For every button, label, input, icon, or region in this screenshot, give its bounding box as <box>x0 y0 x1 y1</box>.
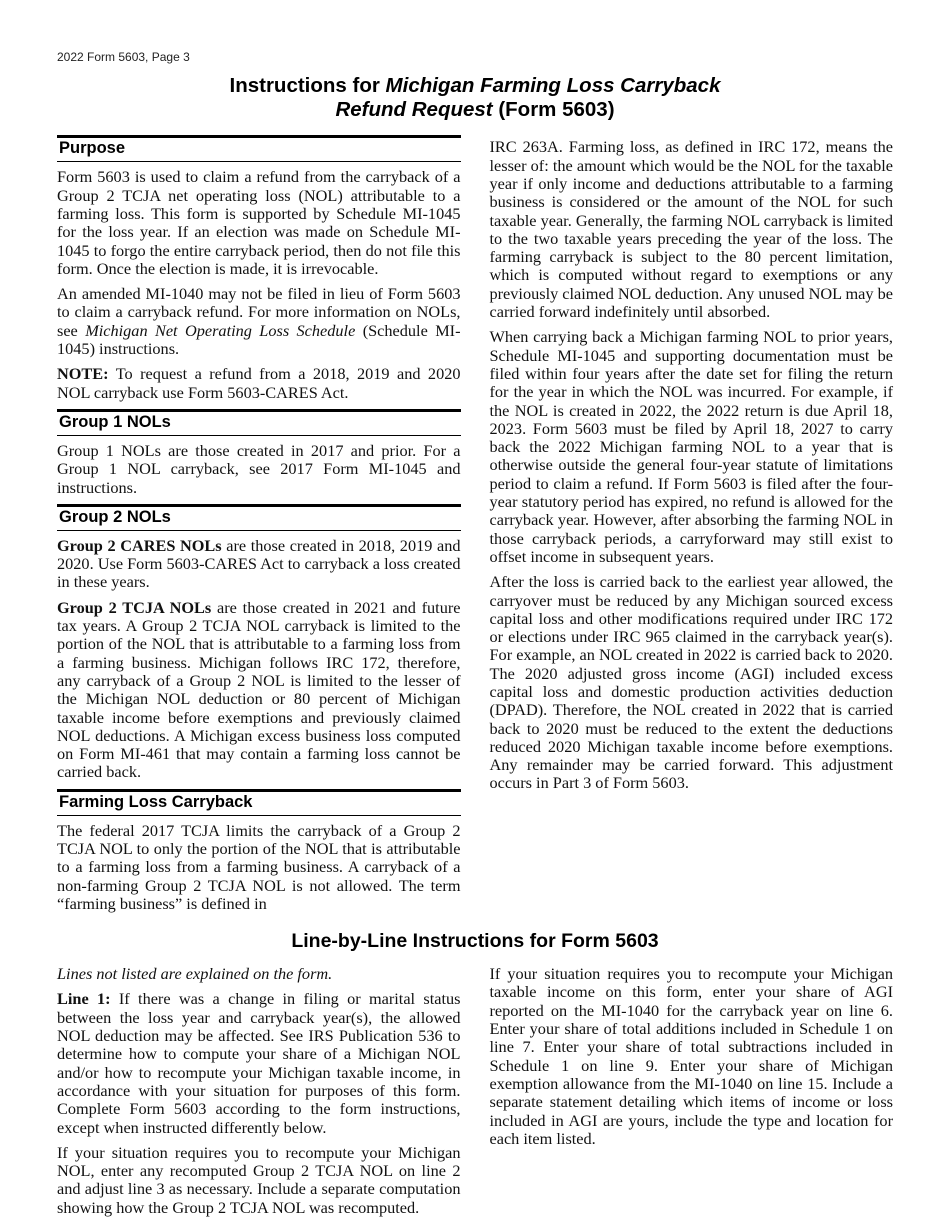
purpose-paragraph-2: An amended MI-1040 may not be filed in l… <box>57 285 461 358</box>
right-paragraph-3: After the loss is carried back to the ea… <box>490 573 894 793</box>
line-by-line-two-column-area: Lines not listed are explained on the fo… <box>57 965 893 1224</box>
line1-paragraph: Line 1: If there was a change in filing … <box>57 990 461 1136</box>
title-line1-italic: Michigan Farming Loss Carryback <box>386 74 721 97</box>
title-line1-regular: Instructions for <box>230 74 386 97</box>
section-heading-group2-nols: Group 2 NOLs <box>57 504 461 531</box>
group2-tcja-label: Group 2 TCJA NOLs <box>57 598 211 617</box>
right-paragraph-1: IRC 263A. Farming loss, as defined in IR… <box>490 138 894 321</box>
document-title: Instructions for Michigan Farming Loss C… <box>57 74 893 122</box>
line-by-line-right-column: If your situation requires you to recomp… <box>490 965 894 1224</box>
purpose-paragraph-1: Form 5603 is used to claim a refund from… <box>57 168 461 278</box>
group2-cares-label: Group 2 CARES NOLs <box>57 536 222 555</box>
line-by-line-left-column: Lines not listed are explained on the fo… <box>57 965 461 1224</box>
purpose-note-paragraph: NOTE: To request a refund from a 2018, 2… <box>57 365 461 402</box>
recompute-taxable-income-paragraph: If your situation requires you to recomp… <box>490 965 894 1148</box>
right-paragraph-2: When carrying back a Michigan farming NO… <box>490 328 894 566</box>
italic-schedule-name: Michigan Net Operating Loss Schedule <box>85 321 355 340</box>
right-column: IRC 263A. Farming loss, as defined in IR… <box>490 135 894 920</box>
lines-not-listed-note: Lines not listed are explained on the fo… <box>57 965 461 983</box>
note-label: NOTE: <box>57 364 109 383</box>
title-line2-italic: Refund Request <box>335 98 492 121</box>
farming-paragraph: The federal 2017 TCJA limits the carryba… <box>57 822 461 913</box>
title-line2-regular: (Form 5603) <box>493 98 615 121</box>
document-page: 2022 Form 5603, Page 3 Instructions for … <box>0 0 950 1230</box>
section-heading-purpose: Purpose <box>57 135 461 162</box>
line-by-line-title: Line-by-Line Instructions for Form 5603 <box>57 930 893 953</box>
group1-paragraph: Group 1 NOLs are those created in 2017 a… <box>57 442 461 497</box>
line1-label: Line 1: <box>57 989 111 1008</box>
recompute-nol-paragraph: If your situation requires you to recomp… <box>57 1144 461 1217</box>
group2-tcja-paragraph: Group 2 TCJA NOLs are those created in 2… <box>57 599 461 782</box>
left-column: Purpose Form 5603 is used to claim a ref… <box>57 135 461 920</box>
section-heading-farming-loss-carryback: Farming Loss Carryback <box>57 789 461 816</box>
section-heading-group1-nols: Group 1 NOLs <box>57 409 461 436</box>
main-two-column-area: Purpose Form 5603 is used to claim a ref… <box>57 135 893 920</box>
page-header: 2022 Form 5603, Page 3 <box>57 50 893 64</box>
group2-cares-paragraph: Group 2 CARES NOLs are those created in … <box>57 537 461 592</box>
